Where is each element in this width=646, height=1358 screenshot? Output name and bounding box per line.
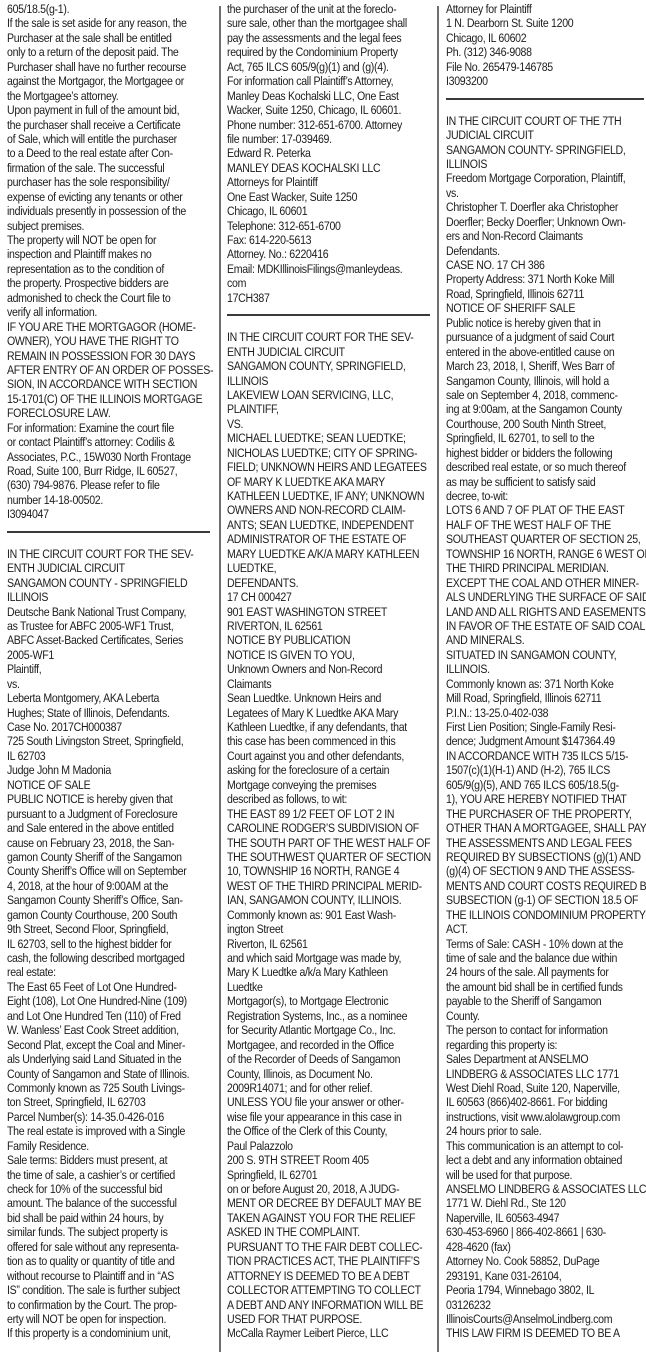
notice-text-line: Act, 765 ILCS 605/9(g)(1) and (g)(4). <box>227 60 430 74</box>
notice-text-line: Attorneys for Plaintiff <box>227 175 430 189</box>
notice-text-line: IN THE CIRCUIT COURT OF THE 7TH <box>446 114 646 128</box>
notice-text-line: MENT OR DECREE BY DEFAULT MAY BE <box>227 1196 430 1210</box>
notice-text-line: MENTS AND COURT COSTS REQUIRED BY <box>446 879 646 893</box>
notice-text-line: Road, Suite 100, Burr Ridge, IL 60527, <box>7 464 210 478</box>
notice-text-line: real estate: <box>7 965 210 979</box>
notice-text-line: Freedom Mortgage Corporation, Plaintiff, <box>446 171 646 185</box>
notice-text-line: vs. <box>7 677 210 691</box>
notice-text-line: For information call Plaintiff’s Attorne… <box>227 74 430 88</box>
notice-text-line: (630) 794-9876. Please refer to file <box>7 478 210 492</box>
notice-text-line: Springfield, IL 62701 <box>227 1168 430 1182</box>
notice-text-line: Peoria 1794, Winnebago 3802, IL <box>446 1283 646 1297</box>
notice-text-line: For information: Examine the court file <box>7 421 210 435</box>
notice-text-line: FORECLOSURE LAW. <box>7 406 210 420</box>
notice-text-line: ATTORNEY IS DEEMED TO BE A DEBT <box>227 1269 430 1283</box>
notice-text-line: P.I.N.: 13-25.0-402-038 <box>446 706 646 720</box>
notice-text-line: of Sale, which will entitle the purchase… <box>7 132 210 146</box>
notice-text-line: the property. Prospective bidders are <box>7 276 210 290</box>
notice-text-line: inspection and Plaintiff makes no <box>7 247 210 261</box>
notice-text-line: IL 60563 (866)402-8661. For bidding <box>446 1095 646 1109</box>
notice-text-line: THE PURCHASER OF THE PROPERTY, <box>446 807 646 821</box>
notice-text-line: IN ACCORDANCE WITH 735 ILCS 5/15- <box>446 749 646 763</box>
column-3: Attorney for Plaintiff1 N. Dearborn St. … <box>446 2 644 1358</box>
notice-text-line: A DEBT AND ANY INFORMATION WILL BE <box>227 1298 430 1312</box>
legal-notice: IN THE CIRCUIT COURT OF THE 7THJUDICIAL … <box>446 114 644 1341</box>
notice-text-line: 2009R14071; and for other relief. <box>227 1081 430 1095</box>
notice-text-line: 24 hours prior to sale. <box>446 1124 646 1138</box>
notice-text-line: purchaser has the sole responsibility/ <box>7 175 210 189</box>
notice-text-line: Fax: 614-220-5613 <box>227 233 430 247</box>
notice-text-line: Terms of Sale: CASH - 10% down at the <box>446 937 646 951</box>
notice-text-line: IllinoisCourts@AnselmoLindberg.com <box>446 1312 646 1326</box>
notice-text-line: CAROLINE RODGER’S SUBDIVISION OF <box>227 821 430 835</box>
notice-text-line: SANGAMON COUNTY - SPRINGFIELD <box>7 576 210 590</box>
notice-text-line: LOTS 6 AND 7 OF PLAT OF THE EAST <box>446 503 646 517</box>
notice-text-line: Legatees of Mary K Luedtke AKA Mary <box>227 706 430 720</box>
notice-text-line: com <box>227 276 430 290</box>
notice-text-line: of the Recorder of Deeds of Sangamon <box>227 1052 430 1066</box>
notice-text-line: as may be sufficient to satisfy said <box>446 475 646 489</box>
notice-text-line: 1507(c)(1)(H-1) AND (H-2), 765 ILCS <box>446 763 646 777</box>
notice-text-line: IN FAVOR OF THE ESTATE OF SAID COAL <box>446 619 646 633</box>
notice-text-line: erty will NOT be open for inspection. <box>7 1312 210 1326</box>
notice-text-line: County. <box>446 1009 646 1023</box>
notice-text-line: Attorney. No.: 6220416 <box>227 247 430 261</box>
notice-text-line: TOWNSHIP 16 NORTH, RANGE 6 WEST OF <box>446 547 646 561</box>
notice-text-line: Mortgagor(s), to Mortgage Electronic <box>227 994 430 1008</box>
notice-text-line: West Diehl Road, Suite 120, Naperville, <box>446 1081 646 1095</box>
notice-text-line: First Lien Position; Single-Family Resi- <box>446 720 646 734</box>
notice-text-line: Kathleen Luedtke, if any defendants, tha… <box>227 720 430 734</box>
notice-text-line: THE SOUTH PART OF THE WEST HALF OF <box>227 836 430 850</box>
notice-text-line: number 14-18-00502. <box>7 493 210 507</box>
notice-text-line: this case has been commenced in this <box>227 734 430 748</box>
notice-text-line: Family Residence. <box>7 1139 210 1153</box>
column-2: the purchaser of the unit at the foreclo… <box>227 2 430 1358</box>
notice-text-line: OWNER), YOU HAVE THE RIGHT TO <box>7 334 210 348</box>
notice-text-line: The real estate is improved with a Singl… <box>7 1124 210 1138</box>
notice-divider <box>446 98 644 100</box>
notice-text-line: wise file your appearance in this case i… <box>227 1110 430 1124</box>
notice-text-line: sale on September 4, 2018, commenc- <box>446 388 646 402</box>
notice-text-line: 200 S. 9TH STREET Room 405 <box>227 1153 430 1167</box>
notice-text-line: Doerfler; Becky Doerfler; Unknown Own- <box>446 215 646 229</box>
notice-text-line: to confirmation by the Court. The prop- <box>7 1298 210 1312</box>
notice-text-line: LUEDTKE, <box>227 561 430 575</box>
notice-text-line: Defendants. <box>446 244 646 258</box>
notice-text-line: 10, TOWNSHIP 16 NORTH, RANGE 4 <box>227 864 430 878</box>
notice-text-line: NOTICE BY PUBLICATION <box>227 633 430 647</box>
notice-text-line: and Sale entered in the above entitled <box>7 821 210 835</box>
notice-text-line: Chicago, IL 60602 <box>446 31 646 45</box>
notice-text-line: TION PRACTICES ACT, THE PLAINTIFF’S <box>227 1254 430 1268</box>
notice-text-line: the Mortgagee’s attorney. <box>7 89 210 103</box>
notice-text-line: check for 10% of the successful bid <box>7 1182 210 1196</box>
notice-text-line: amount. The balance of the successful <box>7 1196 210 1210</box>
notice-text-line: individuals presently in possession of t… <box>7 204 210 218</box>
notice-text-line: described as follows, to wit: <box>227 792 430 806</box>
notice-text-line: 17CH387 <box>227 291 430 305</box>
notice-text-line: THIS LAW FIRM IS DEEMED TO BE A <box>446 1326 646 1340</box>
notice-text-line: The person to contact for information <box>446 1023 646 1037</box>
notice-text-line: Naperville, IL 60563-4947 <box>446 1211 646 1225</box>
notice-text-line: as Trustee for ABFC 2005-WF1 Trust, <box>7 619 210 633</box>
notice-text-line: ington Street <box>227 922 430 936</box>
notice-text-line: ANSELMO LINDBERG & ASSOCIATES LLC <box>446 1182 646 1196</box>
notice-text-line: sure sale, other than the mortgagee shal… <box>227 16 430 30</box>
notice-text-line: NICHOLAS LUEDTKE; CITY OF SPRING- <box>227 446 430 460</box>
notice-text-line: 725 South Livingston Street, Springfield… <box>7 734 210 748</box>
notice-text-line: Commonly known as 725 South Livings- <box>7 1081 210 1095</box>
notice-text-line: 428-4620 (fax) <box>446 1240 646 1254</box>
notice-text-line: 293191, Kane 031-26104, <box>446 1269 646 1283</box>
notice-text-line: Commonly known as: 901 East Wash- <box>227 908 430 922</box>
notice-text-line: ACT. <box>446 922 646 936</box>
notice-text-line: asking for the foreclosure of a certain <box>227 763 430 777</box>
notice-text-line: Unknown Owners and Non-Record <box>227 662 430 676</box>
notice-text-line: on or before August 20, 2018, A JUDG- <box>227 1182 430 1196</box>
notice-text-line: highest bidder or bidders the following <box>446 446 646 460</box>
notice-text-line: and which said Mortgage was made by, <box>227 951 430 965</box>
notice-text-line: 901 EAST WASHINGTON STREET <box>227 605 430 619</box>
notice-text-line: IL 62703 <box>7 749 210 763</box>
notice-text-line: pursuant to a Judgment of Foreclosure <box>7 807 210 821</box>
notice-text-line: COLLECTOR ATTEMPTING TO COLLECT <box>227 1283 430 1297</box>
notice-text-line: SUBSECTION (g-1) OF SECTION 18.5 OF <box>446 893 646 907</box>
notice-text-line: (g)(4) OF SECTION 9 AND THE ASSESS- <box>446 864 646 878</box>
notice-text-line: WEST OF THE THIRD PRINCIPAL MERID- <box>227 879 430 893</box>
notice-text-line: IN THE CIRCUIT COURT FOR THE SEV- <box>7 547 210 561</box>
notice-text-line: ANTS; SEAN LUEDTKE, INDEPENDENT <box>227 518 430 532</box>
notice-text-line: instructions, visit www.alolawgroup.com <box>446 1110 646 1124</box>
notice-text-line: JUDICIAL CIRCUIT <box>446 128 646 142</box>
notice-text-line: PLAINTIFF, <box>227 402 430 416</box>
notice-text-line: MICHAEL LUEDTKE; SEAN LUEDTKE; <box>227 431 430 445</box>
notice-text-line: regarding this property is: <box>446 1038 646 1052</box>
notice-text-line: Riverton, IL 62561 <box>227 937 430 951</box>
notice-text-line: 605/9(g)(5), AND 765 ILCS 605/18.5(g- <box>446 778 646 792</box>
column-1: 605/18.5(g-1).If the sale is set aside f… <box>7 2 210 1358</box>
notice-text-line: I3094047 <box>7 507 210 521</box>
notice-text-line: ton Street, Springfield, IL 62703 <box>7 1095 210 1109</box>
notice-text-line: similar funds. The subject property is <box>7 1225 210 1239</box>
notice-text-line: Mary K Luedtke a/k/a Mary Kathleen <box>227 965 430 979</box>
notice-text-line: Hughes; State of Illinois, Defendants. <box>7 706 210 720</box>
notice-text-line: Ph. (312) 346-9088 <box>446 45 646 59</box>
notice-text-line: McCalla Raymer Leibert Pierce, LLC <box>227 1326 430 1340</box>
notice-text-line: County, Illinois, as Document No. <box>227 1067 430 1081</box>
notice-text-line: Deutsche Bank National Trust Company, <box>7 605 210 619</box>
notice-text-line: PURSUANT TO THE FAIR DEBT COLLEC- <box>227 1240 430 1254</box>
notice-text-line: ADMINISTRATOR OF THE ESTATE OF <box>227 532 430 546</box>
notice-text-line: THE EAST 89 1/2 FEET OF LOT 2 IN <box>227 807 430 821</box>
notice-text-line: ers and Non-Record Claimants <box>446 229 646 243</box>
notice-text-line: Claimants <box>227 677 430 691</box>
notice-text-line: Public notice is hereby given that in <box>446 316 646 330</box>
notice-text-line: ILLINOIS <box>446 157 646 171</box>
notice-text-line: Plaintiff, <box>7 662 210 676</box>
notice-text-line: Road, Springfield, Illinois 62711 <box>446 287 646 301</box>
notice-text-line: If this property is a condominium unit, <box>7 1326 210 1340</box>
notice-text-line: AFTER ENTRY OF AN ORDER OF POSSES- <box>7 363 210 377</box>
notice-text-line: ENTH JUDICIAL CIRCUIT <box>7 561 210 575</box>
notice-text-line: 17 CH 000427 <box>227 590 430 604</box>
notice-text-line: Second Plat, except the Coal and Miner- <box>7 1038 210 1052</box>
notice-text-line: entered in the above-entitled cause on <box>446 345 646 359</box>
notice-text-line: IS” condition. The sale is further subje… <box>7 1283 210 1297</box>
column-rule-1 <box>219 6 221 1352</box>
notice-text-line: 1 N. Dearborn St. Suite 1200 <box>446 16 646 30</box>
notice-text-line: 1), YOU ARE HEREBY NOTIFIED THAT <box>446 792 646 806</box>
notice-text-line: DEFENDANTS. <box>227 576 430 590</box>
notice-text-line: LINDBERG & ASSOCIATES LLC 1771 <box>446 1067 646 1081</box>
notice-text-line: Judge John M Madonia <box>7 763 210 777</box>
notice-text-line: I3093200 <box>446 74 646 88</box>
notice-text-line: NOTICE OF SALE <box>7 778 210 792</box>
notice-text-line: CASE NO. 17 CH 386 <box>446 258 646 272</box>
notice-text-line: One East Wacker, Suite 1250 <box>227 190 430 204</box>
notice-text-line: tion as to quality or quantity of title … <box>7 1254 210 1268</box>
notice-text-line: 9th Street, Second Floor, Springfield, <box>7 922 210 936</box>
notice-text-line: cash, the following described mortgaged <box>7 951 210 965</box>
notice-text-line: Property Address: 371 North Koke Mill <box>446 272 646 286</box>
notice-text-line: Upon payment in full of the amount bid, <box>7 103 210 117</box>
notice-text-line: File No. 265479-146785 <box>446 60 646 74</box>
notice-text-line: NOTICE OF SHERIFF SALE <box>446 301 646 315</box>
notice-text-line: Attorney for Plaintiff <box>446 2 646 16</box>
notice-text-line: LAND AND ALL RIGHTS AND EASEMENTS <box>446 605 646 619</box>
notice-text-line: pay the assessments and the legal fees <box>227 31 430 45</box>
notice-text-line: Registration Systems, Inc., as a nominee <box>227 1009 430 1023</box>
notice-text-line: REQUIRED BY SUBSECTIONS (g)(1) AND <box>446 850 646 864</box>
notice-text-line: Case No. 2017CH000387 <box>7 720 210 734</box>
notice-text-line: Phone number: 312-651-6700. Attorney <box>227 118 430 132</box>
notice-text-line: SITUATED IN SANGAMON COUNTY, <box>446 648 646 662</box>
notice-text-line: the Office of the Clerk of this County, <box>227 1124 430 1138</box>
notice-text-line: ABFC Asset-Backed Certificates, Series <box>7 633 210 647</box>
notice-text-line: SION, IN ACCORDANCE WITH SECTION <box>7 377 210 391</box>
notice-text-line: SANGAMON COUNTY, SPRINGFIELD, <box>227 359 430 373</box>
notice-text-line: ENTH JUDICIAL CIRCUIT <box>227 345 430 359</box>
notice-text-line: offered for sale without any representa- <box>7 1240 210 1254</box>
notice-text-line: Mortgage conveying the premises <box>227 778 430 792</box>
notice-divider <box>7 531 210 533</box>
notice-text-line: OF MARY K LUEDTKE AKA MARY <box>227 475 430 489</box>
notice-text-line: Mortgagee, and recorded in the Office <box>227 1038 430 1052</box>
notice-text-line: Edward R. Peterka <box>227 146 430 160</box>
notice-text-line: 2005-WF1 <box>7 648 210 662</box>
notice-text-line: County Sheriff’s Office will on Septembe… <box>7 864 210 878</box>
notice-text-line: decree, to-wit: <box>446 489 646 503</box>
notice-text-line: PUBLIC NOTICE is hereby given that <box>7 792 210 806</box>
notice-text-line: UNLESS YOU file your answer or other- <box>227 1095 430 1109</box>
notice-text-line: gamon County Sheriff of the Sangamon <box>7 850 210 864</box>
notice-text-line: If the sale is set aside for any reason,… <box>7 16 210 30</box>
notice-text-line: dence; Judgment Amount $147364.49 <box>446 734 646 748</box>
notice-text-line: gamon County Courthouse, 200 South <box>7 908 210 922</box>
notice-text-line: NOTICE IS GIVEN TO YOU, <box>227 648 430 662</box>
notice-text-line: Telephone: 312-651-6700 <box>227 219 430 233</box>
notice-text-line: Leberta Montgomery, AKA Leberta <box>7 691 210 705</box>
notice-text-line: 24 hours of the sale. All payments for <box>446 965 646 979</box>
notice-text-line: ASKED IN THE COMPLAINT. <box>227 1225 430 1239</box>
notice-text-line: AND MINERALS. <box>446 633 646 647</box>
notice-text-line: KATHLEEN LUEDTKE, IF ANY; UNKNOWN <box>227 489 430 503</box>
notice-text-line: Eight (108), Lot One Hundred-Nine (109) <box>7 994 210 1008</box>
notice-text-line: against the Mortgagor, the Mortgagee or <box>7 74 210 88</box>
notice-text-line: IN THE CIRCUIT COURT FOR THE SEV- <box>227 330 430 344</box>
notice-text-line: MARY LUEDTKE A/K/A MARY KATHLEEN <box>227 547 430 561</box>
notice-text-line: OTHER THAN A MORTGAGEE, SHALL PAY <box>446 821 646 835</box>
notice-text-line: 605/18.5(g-1). <box>7 2 210 16</box>
notice-text-line: Luedtke <box>227 980 430 994</box>
notice-text-line: SOUTHEAST QUARTER OF SECTION 25, <box>446 532 646 546</box>
notice-text-line: Purchaser at the sale shall be entitled <box>7 31 210 45</box>
notice-divider <box>227 314 430 316</box>
notice-text-line: pursuance of a judgment of said Court <box>446 330 646 344</box>
notice-text-line: the purchaser of the unit at the foreclo… <box>227 2 430 16</box>
notice-text-line: will be used for that purpose. <box>446 1168 646 1182</box>
notice-text-line: the amount bid shall be in certified fun… <box>446 980 646 994</box>
notice-text-line: admonished to check the Court file to <box>7 291 210 305</box>
notice-text-line: ILLINOIS. <box>446 662 646 676</box>
notice-text-line: USED FOR THAT PURPOSE. <box>227 1312 430 1326</box>
notice-text-line: THE ILLINOIS CONDOMINIUM PROPERTY <box>446 908 646 922</box>
notice-text-line: MANLEY DEAS KOCHALSKI LLC <box>227 161 430 175</box>
notice-text-line: IL 62703, sell to the highest bidder for <box>7 937 210 951</box>
notice-text-line: VS. <box>227 417 430 431</box>
notice-text-line: REMAIN IN POSSESSION FOR 30 DAYS <box>7 349 210 363</box>
notice-text-line: file number: 17-039469. <box>227 132 430 146</box>
notice-text-line: ing at 9:00am, at the Sangamon County <box>446 402 646 416</box>
notice-text-line: Email: MDKIllinoisFilings@manleydeas. <box>227 262 430 276</box>
notice-text-line: Manley Deas Kochalski LLC, One East <box>227 89 430 103</box>
notice-text-line: HALF OF THE WEST HALF OF THE <box>446 518 646 532</box>
notice-text-line: required by the Condominium Property <box>227 45 430 59</box>
notice-text-line: Sean Luedtke. Unknown Heirs and <box>227 691 430 705</box>
notice-text-line: 15-1701(C) OF THE ILLINOIS MORTGAGE <box>7 392 210 406</box>
notice-text-line: Springfield, IL 62701, to sell to the <box>446 431 646 445</box>
notice-text-line: IF YOU ARE THE MORTGAGOR (HOME- <box>7 320 210 334</box>
notice-text-line: Wacker, Suite 1250, Chicago, IL 60601. <box>227 103 430 117</box>
notice-text-line: for Security Atlantic Mortgage Co., Inc. <box>227 1023 430 1037</box>
notice-text-line: Sales Department at ANSELMO <box>446 1052 646 1066</box>
notice-text-line: bid shall be paid within 24 hours, by <box>7 1211 210 1225</box>
notice-text-line: ALS UNDERLYING THE SURFACE OF SAID <box>446 590 646 604</box>
notice-text-line: 4, 2018, at the hour of 9:00AM at the <box>7 879 210 893</box>
notice-text-line: Paul Palazzolo <box>227 1139 430 1153</box>
notice-text-line: SANGAMON COUNTY- SPRINGFIELD, <box>446 143 646 157</box>
notice-text-line: payable to the Sheriff of Sangamon <box>446 994 646 1008</box>
notice-text-line: THE ASSESSMENTS AND LEGAL FEES <box>446 836 646 850</box>
legal-notice: the purchaser of the unit at the foreclo… <box>227 2 430 305</box>
notice-text-line: Commonly known as: 371 North Koke <box>446 677 646 691</box>
notice-text-line: ILLINOIS <box>227 374 430 388</box>
notice-text-line: FIELD; UNKNOWN HEIRS AND LEGATEES <box>227 460 430 474</box>
notice-text-line: or contact Plaintiff’s attorney: Codilis… <box>7 435 210 449</box>
notice-text-line: W. Wanless’ East Cook Street addition, <box>7 1023 210 1037</box>
notice-text-line: cause on February 23, 2018, the San- <box>7 836 210 850</box>
notice-text-line: Sale terms: Bidders must present, at <box>7 1153 210 1167</box>
legal-notices-page: 605/18.5(g-1).If the sale is set aside f… <box>0 0 646 1358</box>
notice-text-line: The East 65 Feet of Lot One Hundred- <box>7 980 210 994</box>
notice-text-line: representation as to the condition of <box>7 262 210 276</box>
notice-text-line: Sangamon County, Illinois, will hold a <box>446 374 646 388</box>
notice-text-line: the time of sale, a cashier’s or certifi… <box>7 1168 210 1182</box>
notice-text-line: Sangamon County Sheriff’s Office, San- <box>7 893 210 907</box>
notice-text-line: 03126232 <box>446 1298 646 1312</box>
notice-text-line: only to a return of the deposit paid. Th… <box>7 45 210 59</box>
notice-text-line: verify all information. <box>7 305 210 319</box>
notice-text-line: Attorney No. Cook 58852, DuPage <box>446 1254 646 1268</box>
notice-text-line: County of Sangamon and State of Illinois… <box>7 1067 210 1081</box>
notice-text-line: Chicago, IL 60601 <box>227 204 430 218</box>
notice-text-line: vs. <box>446 186 646 200</box>
notice-text-line: firmation of the sale. The successful <box>7 161 210 175</box>
notice-text-line: OWNERS AND NON-RECORD CLAIM- <box>227 503 430 517</box>
notice-text-line: Court against you and other defendants, <box>227 749 430 763</box>
notice-text-line: expense of evicting any tenants or other <box>7 190 210 204</box>
notice-text-line: EXCEPT THE COAL AND OTHER MINER- <box>446 576 646 590</box>
notice-text-line: RIVERTON, IL 62561 <box>227 619 430 633</box>
legal-notice: Attorney for Plaintiff1 N. Dearborn St. … <box>446 2 644 89</box>
notice-text-line: THE THIRD PRINCIPAL MERIDIAN. <box>446 561 646 575</box>
notice-text-line: THE SOUTHWEST QUARTER OF SECTION <box>227 850 430 864</box>
legal-notice: IN THE CIRCUIT COURT FOR THE SEV-ENTH JU… <box>227 330 430 1341</box>
notice-text-line: This communication is an attempt to col- <box>446 1139 646 1153</box>
notice-text-line: lect a debt and any information obtained <box>446 1153 646 1167</box>
notice-text-line: to a Deed to the real estate after Con- <box>7 146 210 160</box>
notice-text-line: Courthouse, 200 South Ninth Street, <box>446 417 646 431</box>
column-rule-2 <box>437 6 439 1352</box>
notice-text-line: Associates, P.C., 15W030 North Frontage <box>7 450 210 464</box>
notice-text-line: ILLINOIS <box>7 590 210 604</box>
notice-text-line: time of sale and the balance due within <box>446 951 646 965</box>
notice-text-line: 630-453-6960 | 866-402-8661 | 630- <box>446 1225 646 1239</box>
legal-notice: IN THE CIRCUIT COURT FOR THE SEV-ENTH JU… <box>7 547 210 1341</box>
notice-text-line: March 23, 2018, I, Sheriff, Wes Barr of <box>446 359 646 373</box>
notice-text-line: als Underlying said Land Situated in the <box>7 1052 210 1066</box>
notice-text-line: 1771 W. Diehl Rd., Ste 120 <box>446 1196 646 1210</box>
notice-text-line: the purchaser shall receive a Certificat… <box>7 118 210 132</box>
notice-text-line: and Lot One Hundred Ten (110) of Fred <box>7 1009 210 1023</box>
notice-text-line: LAKEVIEW LOAN SERVICING, LLC, <box>227 388 430 402</box>
notice-text-line: IAN, SANGAMON COUNTY, ILLINOIS. <box>227 893 430 907</box>
legal-notice: 605/18.5(g-1).If the sale is set aside f… <box>7 2 210 522</box>
notice-text-line: Purchaser shall have no further recourse <box>7 60 210 74</box>
notice-text-line: Mill Road, Springfield, Illinois 62711 <box>446 691 646 705</box>
notice-text-line: TAKEN AGAINST YOU FOR THE RELIEF <box>227 1211 430 1225</box>
notice-text-line: The property will NOT be open for <box>7 233 210 247</box>
notice-text-line: Christopher T. Doerfler aka Christopher <box>446 200 646 214</box>
notice-text-line: without recourse to Plaintiff and in “AS <box>7 1269 210 1283</box>
notice-text-line: subject premises. <box>7 219 210 233</box>
notice-text-line: described real estate, or so much thereo… <box>446 460 646 474</box>
notice-text-line: Parcel Number(s): 14-35.0-426-016 <box>7 1110 210 1124</box>
